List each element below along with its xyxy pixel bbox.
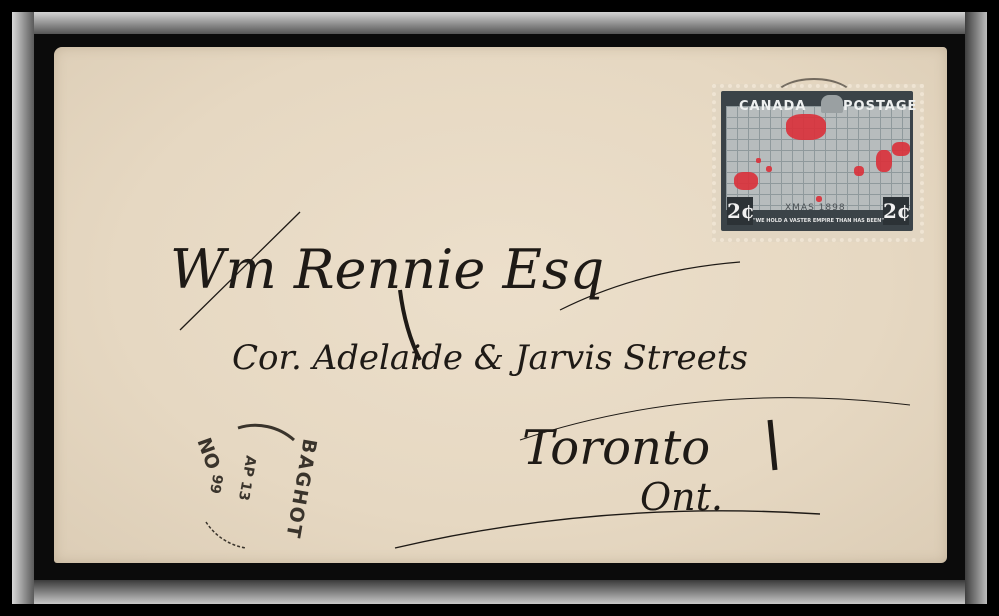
- address-name: Wm Rennie Esq: [170, 238, 604, 301]
- address-city: Toronto: [522, 420, 710, 476]
- address-province: Ont.: [640, 475, 723, 519]
- address-street: Cor. Adelaide & Jarvis Streets: [232, 338, 748, 378]
- handwriting-flourishes: [0, 0, 999, 616]
